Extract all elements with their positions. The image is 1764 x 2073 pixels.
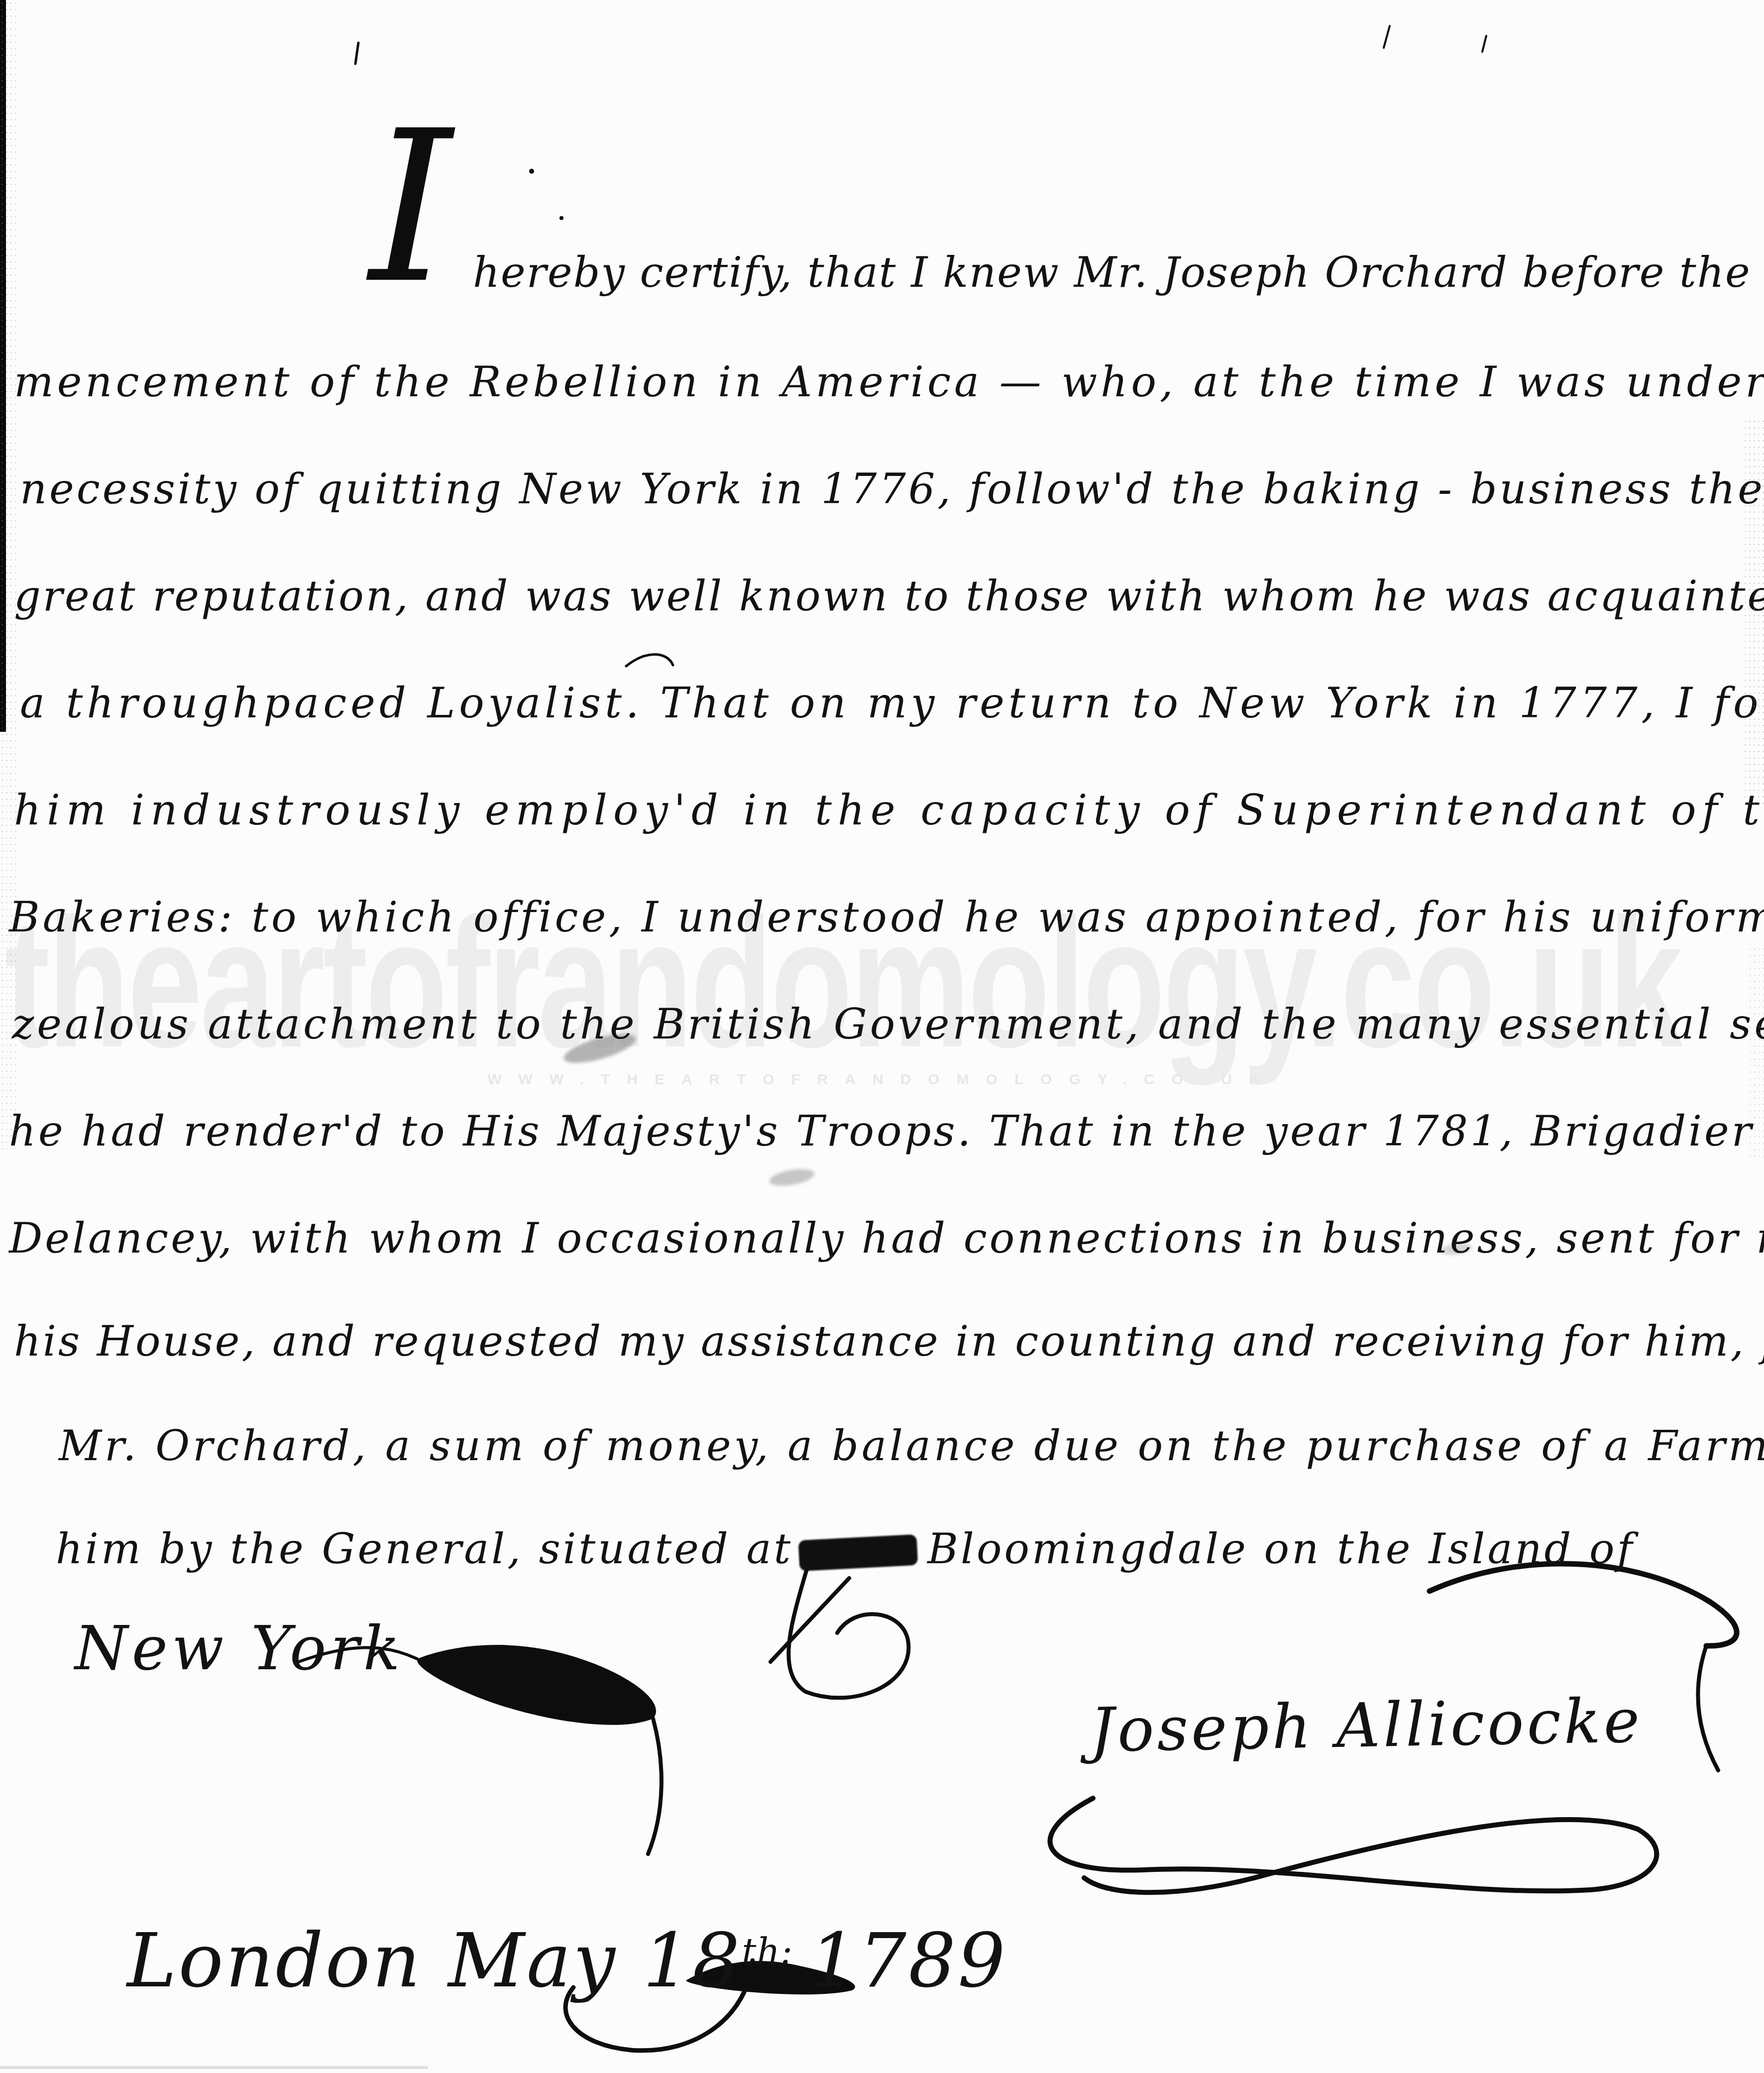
pen-tick bbox=[355, 43, 358, 64]
line-13-text-after: Bloomingdale on the Island of bbox=[927, 1524, 1635, 1573]
manuscript-line-6: him industrously employ'd in the capacit… bbox=[14, 786, 1764, 834]
dateline-place-day: London May 18 bbox=[127, 1918, 742, 2004]
manuscript-line-10: Delancey, with whom I occasionally had c… bbox=[9, 1214, 1764, 1263]
ink-dot bbox=[559, 216, 563, 220]
scan-edge-noise bbox=[1748, 946, 1764, 1160]
manuscript-line-2: mencement of the Rebellion in America — … bbox=[14, 357, 1764, 406]
island-of-swash-tail bbox=[1698, 1646, 1718, 1770]
manuscript-line-1: hereby certify, that I knew Mr. Joseph O… bbox=[473, 248, 1764, 297]
pen-tick bbox=[1482, 36, 1486, 52]
ink-dot bbox=[529, 169, 534, 174]
manuscript-page: theartofrandomology.co.uk WWW.THEARTOFRA… bbox=[0, 0, 1764, 2073]
island-of-swash bbox=[1430, 1564, 1737, 1646]
dateline-ordinal: th: bbox=[742, 1931, 793, 1972]
strikeout-scribble-loop bbox=[788, 1557, 908, 1698]
manuscript-line-4: great reputation, and was well known to … bbox=[14, 572, 1764, 620]
scan-edge-artifact bbox=[0, 2066, 428, 2069]
drop-cap-initial: I bbox=[369, 104, 452, 313]
line-13-text-before: him by the General, situated at bbox=[56, 1524, 793, 1573]
dateline-year: 1789 bbox=[809, 1918, 1007, 2004]
dateline: London May 18th:1789 bbox=[127, 1918, 1007, 2004]
pen-curl bbox=[626, 655, 673, 667]
watermark-strip: WWW.THEARTOFRANDOMOLOGY.CO.UK bbox=[0, 1071, 1764, 1088]
signature: Joseph Allicocke bbox=[1090, 1685, 1643, 1765]
scan-edge-noise bbox=[1743, 418, 1764, 806]
manuscript-line-5: a throughpaced Loyalist. That on my retu… bbox=[20, 679, 1764, 727]
signature-flourish bbox=[1084, 1820, 1638, 1892]
manuscript-line-9: he had render'd to His Majesty's Troops.… bbox=[9, 1107, 1764, 1155]
strikeout-scribble-slash bbox=[771, 1578, 849, 1662]
pen-tick bbox=[1384, 26, 1390, 48]
scan-edge-noise bbox=[0, 0, 17, 1155]
manuscript-line-3: necessity of quitting New York in 1776, … bbox=[20, 464, 1764, 513]
manuscript-line-13: him by the General, situated atBloomingd… bbox=[56, 1524, 1635, 1573]
manuscript-line-7: Bakeries: to which office, I understood … bbox=[9, 893, 1764, 941]
signature-flourish bbox=[1050, 1798, 1657, 1891]
manuscript-line-12: Mr. Orchard, a sum of money, a balance d… bbox=[59, 1421, 1764, 1470]
manuscript-line-11: his House, and requested my assistance i… bbox=[14, 1317, 1764, 1366]
ink-smudge bbox=[768, 1166, 816, 1189]
closing-place: New York bbox=[75, 1613, 404, 1684]
manuscript-line-8: zealous attachment to the British Govern… bbox=[12, 1000, 1764, 1048]
struck-out-word bbox=[798, 1534, 918, 1571]
new-york-flourish-blot bbox=[417, 1645, 656, 1725]
new-york-flourish-tail bbox=[648, 1719, 661, 1854]
